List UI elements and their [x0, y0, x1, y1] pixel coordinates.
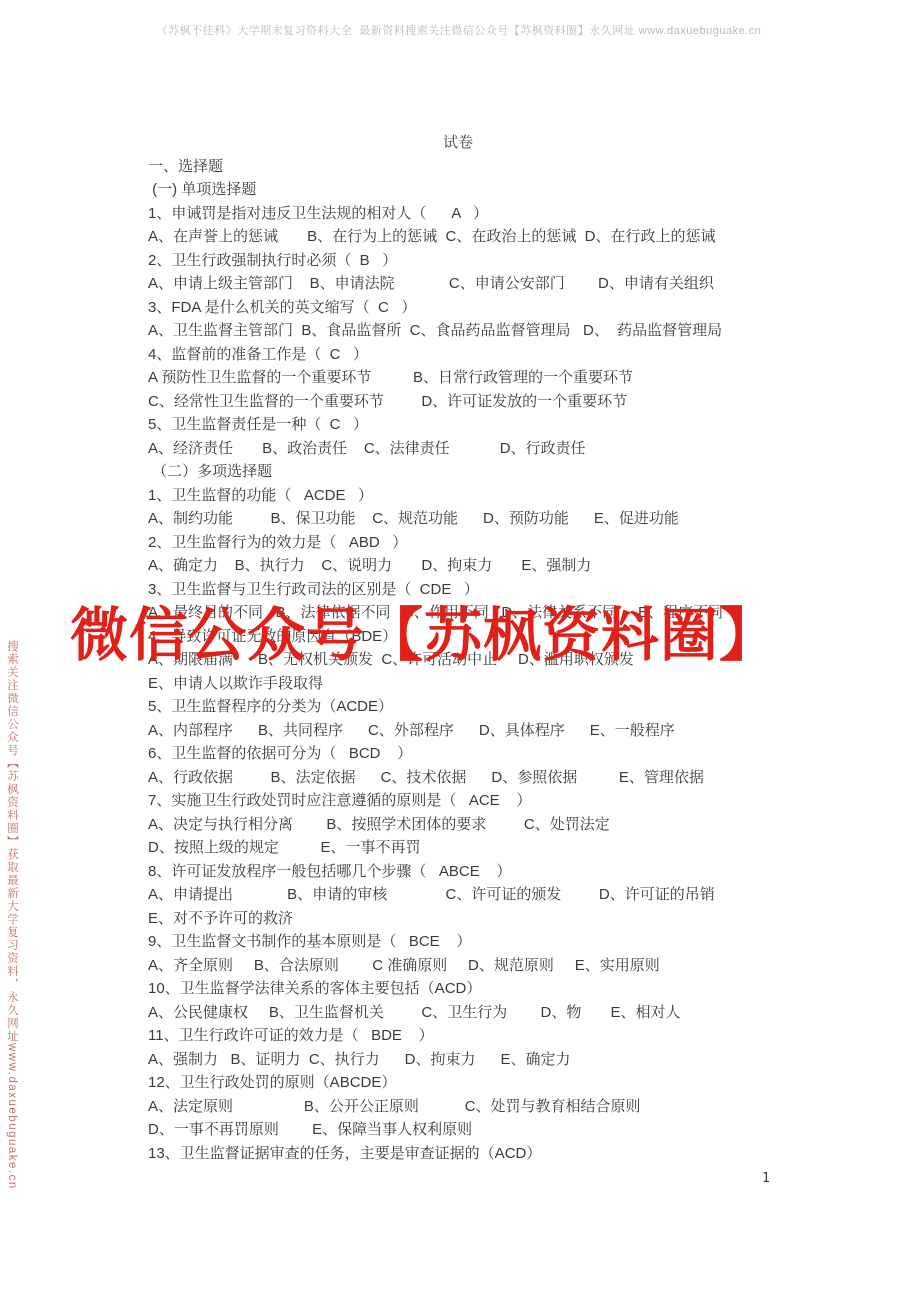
doc-line: （二）多项选择题 — [148, 460, 800, 484]
doc-line: A、最终目的不同 B、法律依据不同 C、作用不同 D、法律关系不同 E、程序不同 — [148, 601, 800, 625]
page-header-text: 《苏枫不挂科》大学期末复习资料大全 最新资料搜索关注微信公众号【苏枫资料圈】永久… — [0, 22, 918, 38]
doc-line: 13、卫生监督证据审查的任务，主要是审查证据的（ACD） — [148, 1142, 800, 1166]
doc-line: 9、卫生监督文书制作的基本原则是（ BCE ） — [148, 930, 800, 954]
doc-line: E、对不予许可的救济 — [148, 907, 800, 931]
doc-line: 5、卫生监督程序的分类为（ACDE） — [148, 695, 800, 719]
doc-line: A、申请提出 B、申请的审核 C、许可证的颁发 D、许可证的吊销 — [148, 883, 800, 907]
doc-line: 6、卫生监督的依据可分为（ BCD ） — [148, 742, 800, 766]
exam-body: 试卷 一、选择题 (一) 单项选择题1、申诫罚是指对违反卫生法规的相对人（ A … — [148, 131, 800, 1165]
doc-line: 2、卫生行政强制执行时必须（ B ） — [148, 249, 800, 273]
doc-line: A 预防性卫生监督的一个重要环节 B、日常行政管理的一个重要环节 — [148, 366, 800, 390]
doc-line: D、一事不再罚原则 E、保障当事人权利原则 — [148, 1118, 800, 1142]
doc-line: A、申请上级主管部门 B、申请法院 C、申请公安部门 D、申请有关组织 — [148, 272, 800, 296]
doc-line: (一) 单项选择题 — [148, 178, 800, 202]
doc-line: 1、申诫罚是指对违反卫生法规的相对人（ A ） — [148, 202, 800, 226]
doc-line: 1、卫生监督的功能（ ACDE ） — [148, 484, 800, 508]
doc-line: 3、FDA 是什么机关的英文缩写（ C ） — [148, 296, 800, 320]
doc-line: 12、卫生行政处罚的原则（ABCDE） — [148, 1071, 800, 1095]
doc-line: C、经常性卫生监督的一个重要环节 D、许可证发放的一个重要环节 — [148, 390, 800, 414]
doc-line: A、期限届满 B、无权机关颁发 C、许可活动中止 D、滥用职权颁发 — [148, 648, 800, 672]
doc-line: 3、卫生监督与卫生行政司法的区别是（ CDE ） — [148, 578, 800, 602]
doc-line: 4、监督前的准备工作是（ C ） — [148, 343, 800, 367]
doc-line: A、公民健康权 B、卫生监督机关 C、卫生行为 D、物 E、相对人 — [148, 1001, 800, 1025]
doc-line: A、决定与执行相分离 B、按照学术团体的要求 C、处罚法定 — [148, 813, 800, 837]
exam-title: 试卷 — [148, 131, 768, 155]
doc-line: A、卫生监督主管部门 B、食品监督所 C、食品药品监督管理局 D、 药品监督管理… — [148, 319, 800, 343]
exam-document-page: 《苏枫不挂科》大学期末复习资料大全 最新资料搜索关注微信公众号【苏枫资料圈】永久… — [0, 0, 918, 1298]
doc-line: 2、卫生监督行为的效力是（ ABD ） — [148, 531, 800, 555]
question-lines: 一、选择题 (一) 单项选择题1、申诫罚是指对违反卫生法规的相对人（ A ）A、… — [148, 155, 800, 1166]
doc-line: 4、导致许可证无效的原因有（BDE） — [148, 625, 800, 649]
doc-line: 11、卫生行政许可证的效力是（ BDE ） — [148, 1024, 800, 1048]
doc-line: E、申请人以欺诈手段取得 — [148, 672, 800, 696]
doc-line: A、在声誉上的惩诫 B、在行为上的惩诫 C、在政治上的惩诫 D、在行政上的惩诫 — [148, 225, 800, 249]
doc-line: A、确定力 B、执行力 C、说明力 D、拘束力 E、强制力 — [148, 554, 800, 578]
doc-line: A、行政依据 B、法定依据 C、技术依据 D、参照依据 E、管理依据 — [148, 766, 800, 790]
doc-line: 一、选择题 — [148, 155, 800, 179]
doc-line: A、强制力 B、证明力 C、执行力 D、拘束力 E、确定力 — [148, 1048, 800, 1072]
doc-line: 10、卫生监督学法律关系的客体主要包括（ACD） — [148, 977, 800, 1001]
doc-line: A、经济责任 B、政治责任 C、法律责任 D、行政责任 — [148, 437, 800, 461]
doc-line: A、法定原则 B、公开公正原则 C、处罚与教育相结合原则 — [148, 1095, 800, 1119]
doc-line: A、内部程序 B、共同程序 C、外部程序 D、具体程序 E、一般程序 — [148, 719, 800, 743]
doc-line: A、齐全原则 B、合法原则 C 准确原则 D、规范原则 E、实用原则 — [148, 954, 800, 978]
doc-line: 5、卫生监督责任是一种（ C ） — [148, 413, 800, 437]
doc-line: D、按照上级的规定 E、一事不再罚 — [148, 836, 800, 860]
doc-line: A、制约功能 B、保卫功能 C、规范功能 D、预防功能 E、促进功能 — [148, 507, 800, 531]
left-vertical-promo-text: 搜索关注微信公众号【苏枫资料圈】获取最新大学复习资料，永久网址www.daxue… — [4, 640, 20, 1280]
page-number: 1 — [762, 1171, 770, 1186]
doc-line: 7、实施卫生行政处罚时应注意遵循的原则是（ ACE ） — [148, 789, 800, 813]
doc-line: 8、许可证发放程序一般包括哪几个步骤（ ABCE ） — [148, 860, 800, 884]
